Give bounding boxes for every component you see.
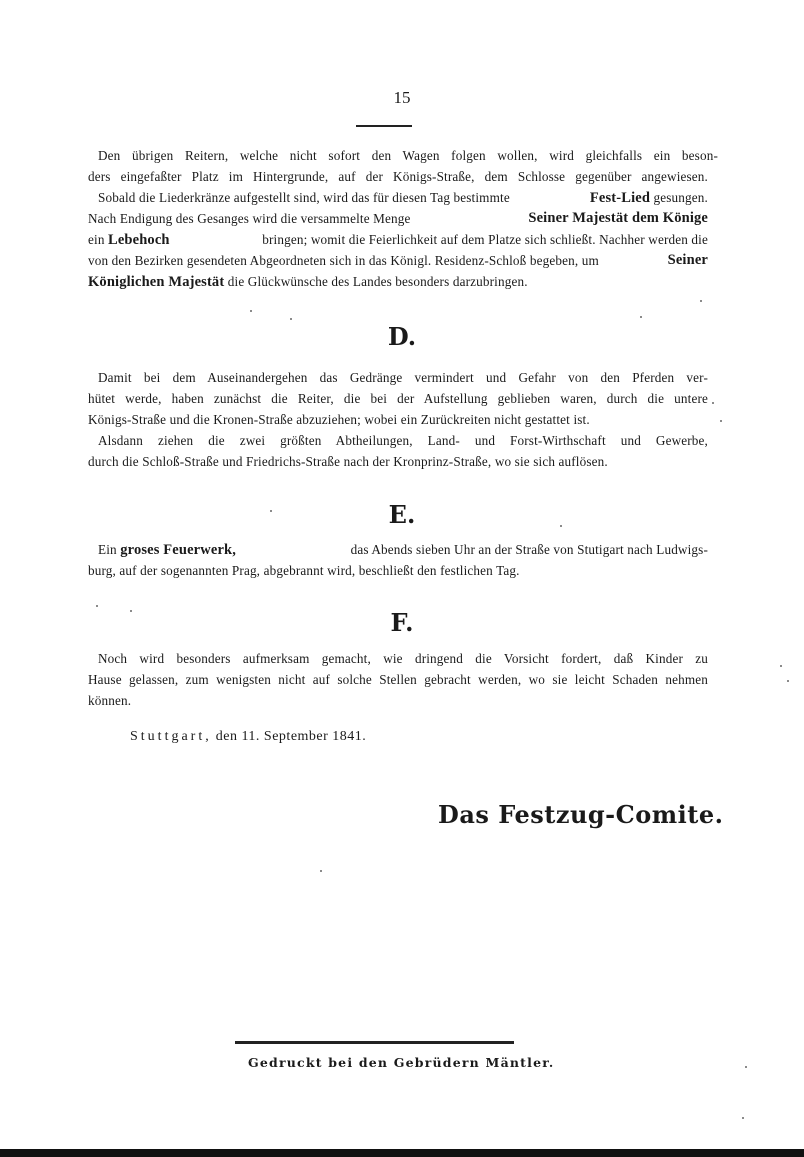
text-line: Hause gelassen, zum wenigsten nicht auf …: [88, 669, 708, 690]
text-span: Ein: [98, 542, 117, 557]
page-number-rule: [356, 125, 412, 127]
section-letter-d: D.: [0, 322, 804, 351]
text-line: burg, auf der sogenannten Prag, abgebran…: [88, 560, 708, 581]
text-line: Ein groses Feuerwerk, das Abends sieben …: [98, 539, 708, 561]
emphasis-seiner: Seiner: [668, 250, 708, 271]
text-span: gesungen.: [654, 190, 708, 205]
text-line: Damit bei dem Auseinandergehen das Gedrä…: [98, 367, 708, 388]
page-number: 15: [0, 88, 804, 108]
text-span: von den Bezirken gesendeten Abgeordneten…: [88, 250, 599, 271]
emphasis-fest-lied: Fest-Lied: [590, 190, 650, 206]
text-span: ein: [88, 232, 105, 247]
text-line: ders eingefaßter Platz im Hintergrunde, …: [88, 166, 708, 187]
text-line: hütet werde, haben zunächst die Reiter, …: [88, 388, 708, 409]
place: Stuttgart,: [130, 729, 212, 744]
footer-rule: [235, 1041, 514, 1044]
text-line: von den Bezirken gesendeten Abgeordneten…: [88, 250, 708, 271]
section-letter-f: F.: [0, 608, 804, 637]
emphasis-koenigliche-majestaet: Königlichen Majestät: [88, 274, 224, 290]
emphasis-lebehoch: Lebehoch: [108, 232, 170, 248]
text-line: Nach Endigung des Gesanges wird die vers…: [88, 208, 708, 229]
text-span: Nach Endigung des Gesanges wird die vers…: [88, 208, 411, 229]
place-date: Stuttgart, den 11. September 1841.: [130, 729, 366, 745]
text-line: ein Lebehoch bringen; womit die Feierlic…: [88, 229, 708, 251]
scan-bottom-edge: [0, 1149, 804, 1157]
text-line: Alsdann ziehen die zwei größten Abtheilu…: [98, 430, 708, 451]
emphasis-feuerwerk: groses Feuerwerk,: [120, 542, 236, 558]
text-line: Noch wird besonders aufmerksam gemacht, …: [98, 648, 708, 669]
printer-imprint: Gedruckt bei den Gebrüdern Mäntler.: [248, 1055, 554, 1070]
text-line: können.: [88, 690, 708, 711]
text-span: bringen; womit die Feierlichkeit auf dem…: [262, 229, 708, 251]
text-line: durch die Schloß-Straße und Friedrichs-S…: [88, 451, 708, 472]
text-span: das Abends sieben Uhr an der Straße von …: [351, 539, 708, 561]
text-line: Königlichen Majestät die Glückwünsche de…: [88, 271, 708, 293]
date: den 11. September 1841.: [216, 729, 367, 744]
emphasis-seiner-majestaet: Seiner Majestät dem Könige: [528, 208, 708, 229]
signature: Das Festzug-Comite.: [438, 800, 723, 829]
text-span: Sobald die Liederkränze aufgestellt sind…: [98, 187, 510, 209]
text-line: Sobald die Liederkränze aufgestellt sind…: [98, 187, 708, 209]
section-letter-e: E.: [0, 500, 804, 529]
text-line: Den übrigen Reitern, welche nicht sofort…: [98, 145, 718, 166]
text-span: die Glückwünsche des Landes besonders da…: [228, 274, 528, 289]
text-line: Königs-Straße und die Kronen-Straße abzu…: [88, 409, 708, 430]
